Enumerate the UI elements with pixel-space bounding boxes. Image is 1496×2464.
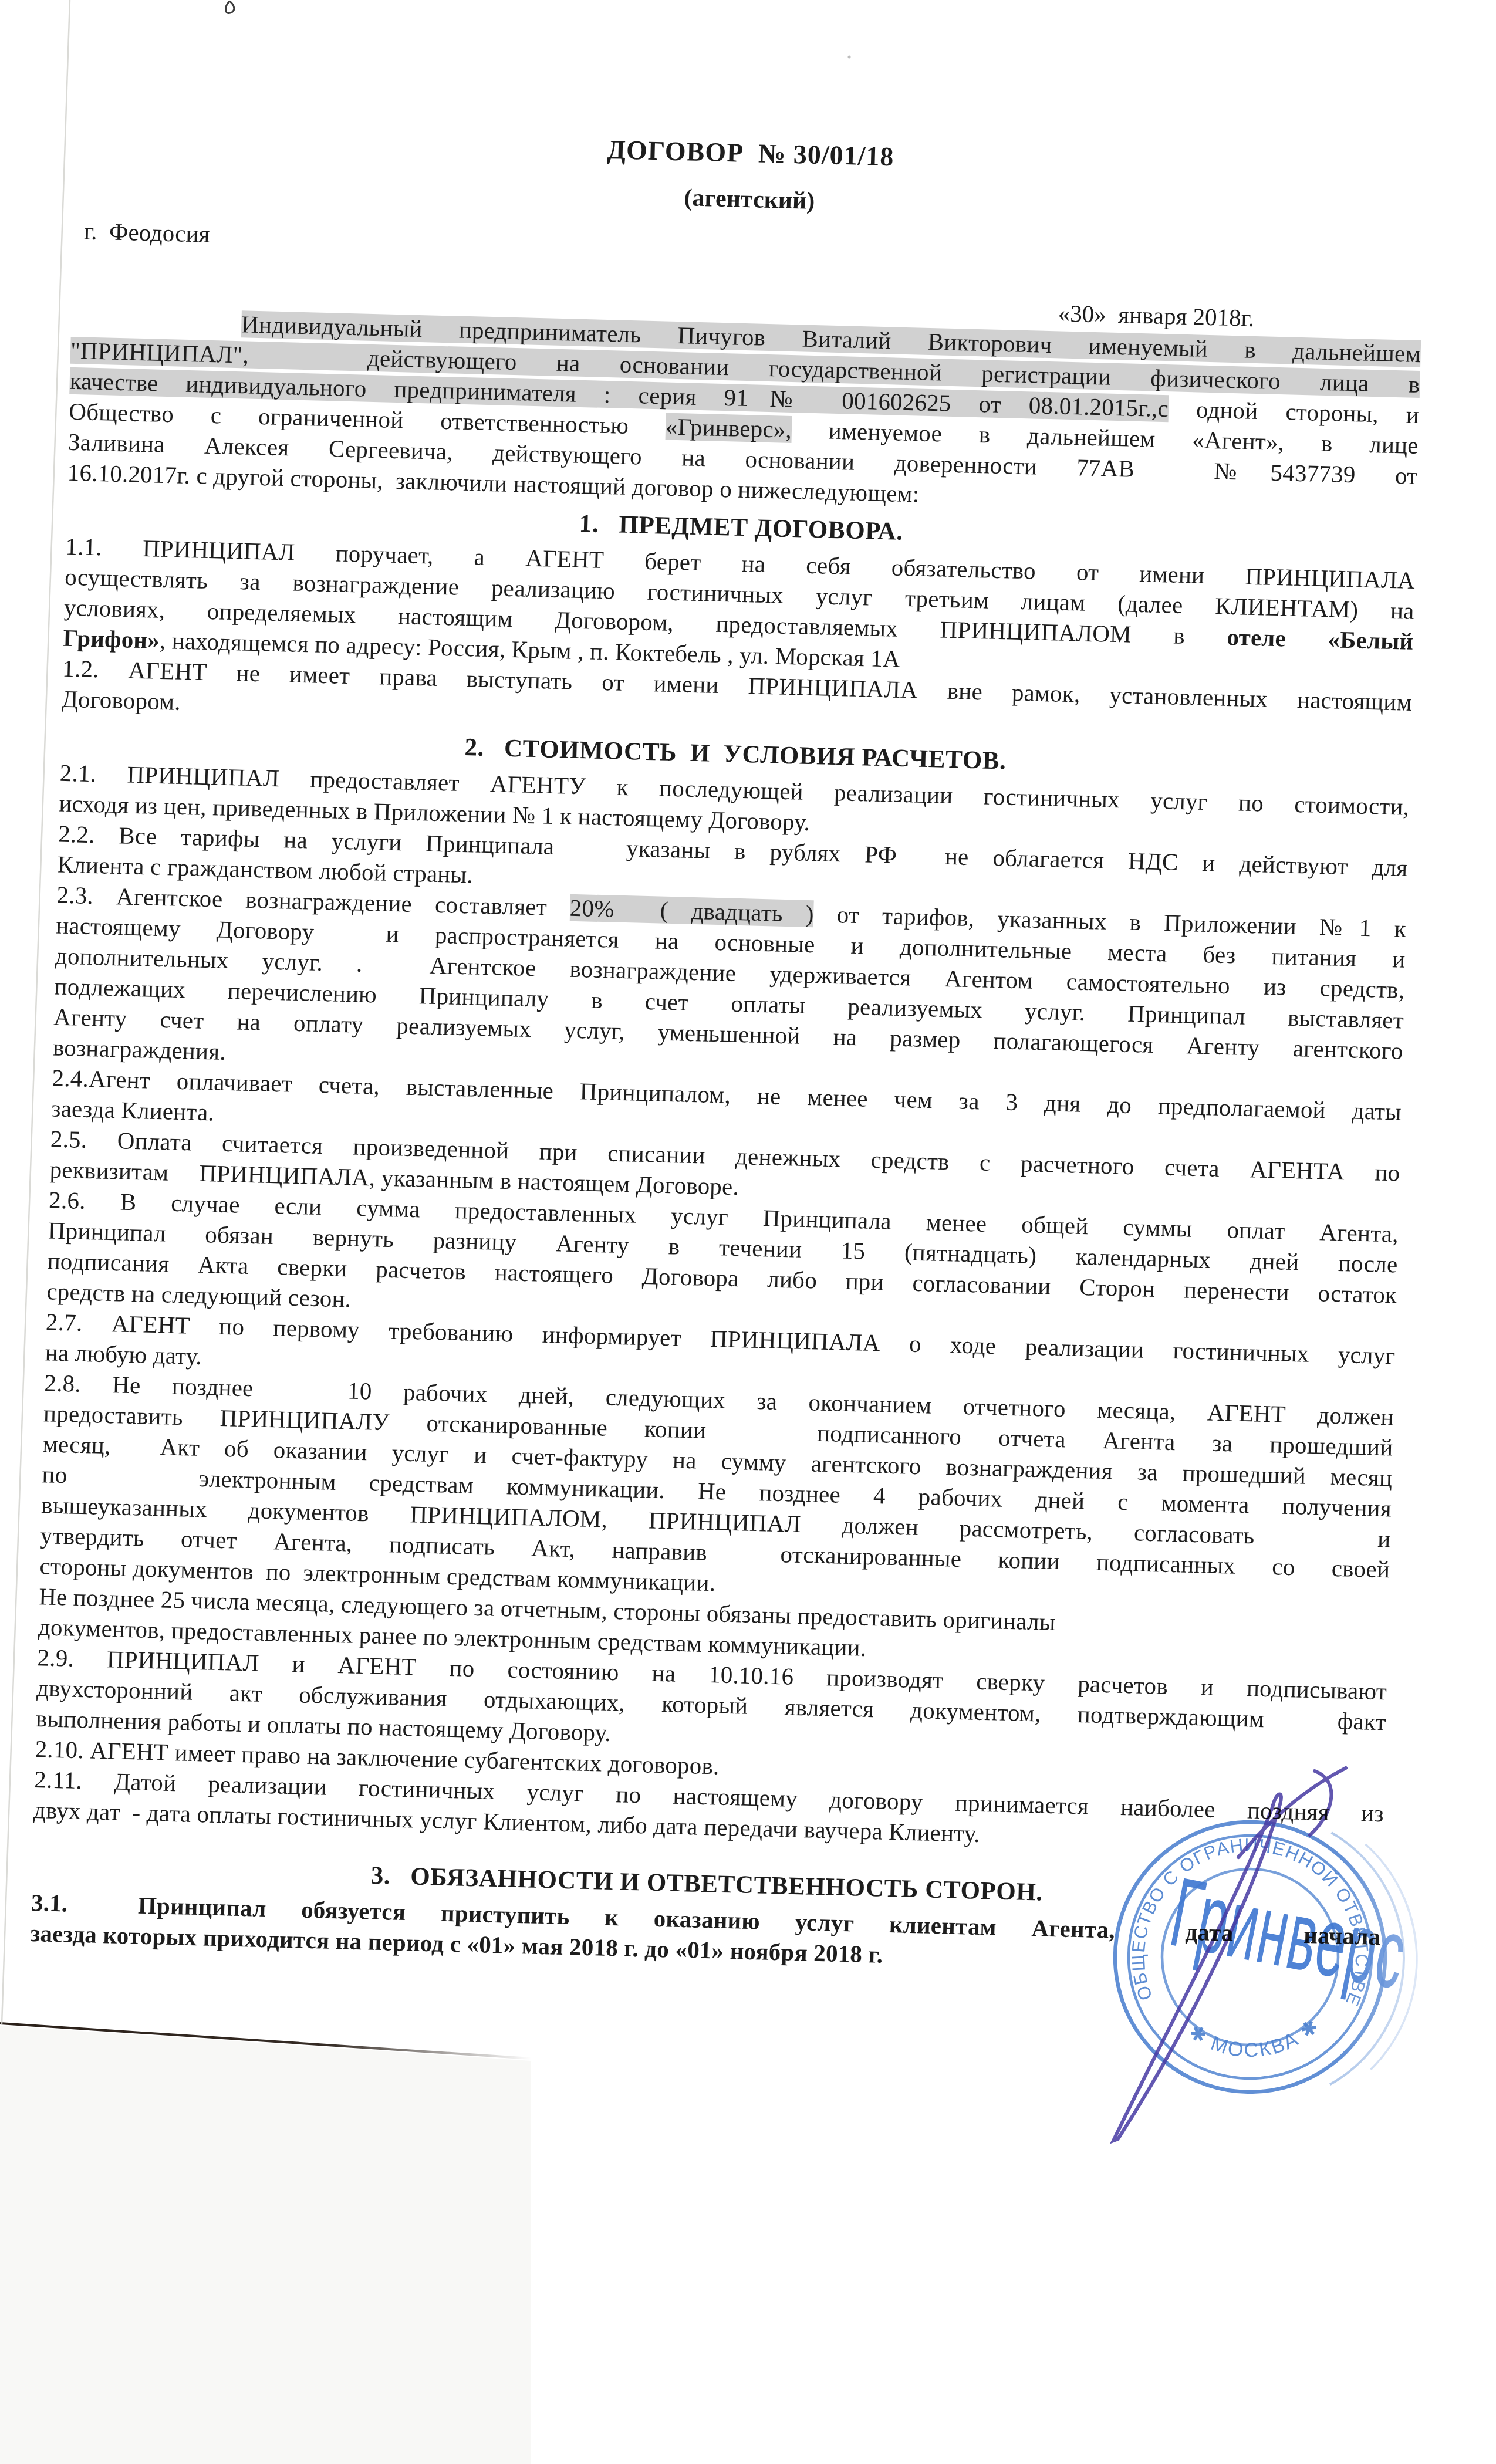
top-edge-mark [225,1,234,13]
text-segment: заезда Клиента. [51,1094,215,1125]
text-segment: на любую дату. [45,1339,202,1370]
contract-sheet: ДОГОВОР № 30/01/18 (агентский) г. Феодос… [30,120,1426,1982]
text-segment: одной стороны, и [1168,395,1419,428]
highlighted-text: «Гринверс», [666,413,792,443]
highlighted-text: 20% ( двадцать ) [569,894,814,928]
text-segment: 1. ПРЕДМЕТ ДОГОВОРА. [579,510,903,546]
text-segment: Договором. [61,685,181,715]
scanned-contract-page: ДОГОВОР № 30/01/18 (агентский) г. Феодос… [0,0,1496,2464]
scan-speck [848,56,851,59]
text-segment: вознаграждения. [52,1034,226,1065]
scanner-background-corner [0,2026,531,2464]
text-segment: отеле «Белый [1227,623,1414,655]
page-bottom-edge [0,2023,531,2059]
document-body: Индивидуальный предприниматель Пичугов В… [30,305,1421,1982]
text-segment: Грифон» [63,624,160,654]
stamp-bottom-text: ✱ МОСКВА ✱ [1185,2014,1325,2061]
text-segment: 2. СТОИМОСТЬ И УСЛОВИЯ РАСЧЕТОВ. [464,734,1007,775]
